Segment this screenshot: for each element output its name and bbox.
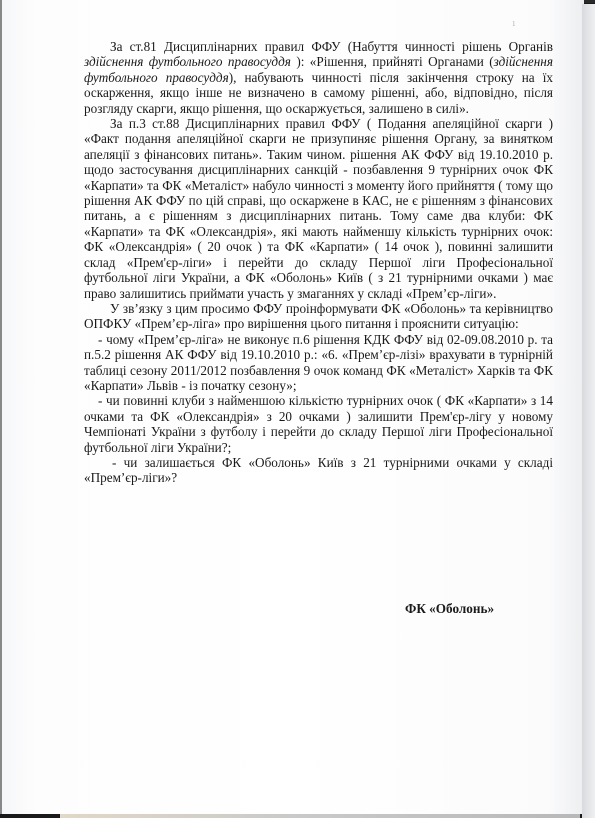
paragraph-text: За ст.81 Дисциплінарних правил ФФУ (Набу… [110,39,553,54]
italic-text: здійснення футбольного правосуддя [84,54,291,69]
question-3: - чи залишається ФК «Оболонь» Київ з 21 … [84,455,553,486]
document-body: За ст.81 Дисциплінарних правил ФФУ (Набу… [84,39,553,486]
paragraph-text: ): «Рішення, прийняті Органами ( [291,54,494,69]
signature: ФК «Оболонь» [405,601,494,617]
paragraph-request: У зв’язку з цим просимо ФФУ проінформува… [84,301,553,332]
page-number-mark: 1 [512,20,516,28]
paragraph-article-81: За ст.81 Дисциплінарних правил ФФУ (Набу… [84,39,553,116]
scan-bottom-edge [60,814,580,818]
paragraph-article-88: За п.3 ст.88 Дисциплінарних правил ФФУ (… [84,116,553,301]
document-page: 1 За ст.81 Дисциплінарних правил ФФУ (На… [0,0,584,814]
scan-right-edge [582,4,595,818]
question-1: - чому «Прем’єр-ліга» не виконує п.6 ріш… [84,332,553,394]
question-2: - чи повинні клуби з найменшою кількістю… [84,393,553,455]
